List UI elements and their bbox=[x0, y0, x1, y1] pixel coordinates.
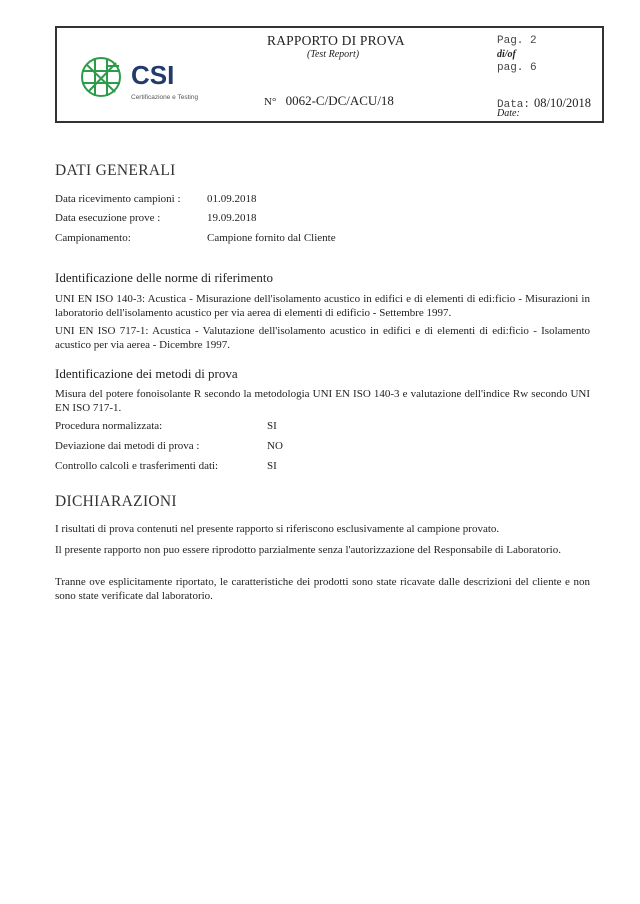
declaration-item: I risultati di prova contenuti nel prese… bbox=[55, 522, 590, 536]
methods-value: SI bbox=[267, 460, 277, 472]
general-value: Campione fornito dal Cliente bbox=[207, 232, 336, 244]
report-number-label: N° bbox=[264, 96, 276, 108]
declaration-item: Il presente rapporto non puo essere ripr… bbox=[55, 543, 590, 557]
norm-item: UNI EN ISO 717-1: Acustica - Valutazione… bbox=[55, 324, 590, 352]
norms-heading: Identificazione delle norme di riferimen… bbox=[55, 270, 273, 286]
report-subtitle: (Test Report) bbox=[307, 49, 359, 60]
report-title: RAPPORTO DI PROVA bbox=[267, 33, 405, 49]
methods-heading: Identificazione dei metodi di prova bbox=[55, 366, 238, 382]
methods-label: Deviazione dai metodi di prova : bbox=[55, 440, 199, 452]
norm-item: UNI EN ISO 140-3: Acustica - Misurazione… bbox=[55, 292, 590, 320]
methods-label: Procedura normalizzata: bbox=[55, 420, 162, 432]
general-label: Data ricevimento campioni : bbox=[55, 193, 181, 205]
date-value: 08/10/2018 bbox=[534, 96, 591, 110]
methods-value: SI bbox=[267, 420, 277, 432]
logo-name: CSI bbox=[131, 62, 174, 88]
methods-label: Controllo calcoli e trasferimenti dati: bbox=[55, 460, 218, 472]
csi-globe-icon bbox=[79, 54, 125, 100]
of-label: di/of bbox=[497, 49, 516, 60]
declaration-item: Tranne ove esplicitamente riportato, le … bbox=[55, 575, 590, 603]
csi-logo: CSI Certificazione e Testing bbox=[79, 54, 229, 104]
methods-value: NO bbox=[267, 440, 283, 452]
general-label: Data esecuzione prove : bbox=[55, 212, 160, 224]
general-row: Data ricevimento campioni : 01.09.2018 bbox=[55, 193, 181, 205]
general-value: 01.09.2018 bbox=[207, 193, 257, 205]
general-row: Campionamento: Campione fornito dal Clie… bbox=[55, 232, 131, 244]
methods-row: Procedura normalizzata: SI bbox=[55, 420, 162, 432]
general-label: Campionamento: bbox=[55, 232, 131, 244]
methods-row: Deviazione dai metodi di prova : NO bbox=[55, 440, 199, 452]
general-heading: DATI GENERALI bbox=[55, 162, 176, 180]
general-row: Data esecuzione prove : 19.09.2018 bbox=[55, 212, 160, 224]
methods-description: Misura del potere fonoisolante R secondo… bbox=[55, 387, 590, 415]
page-number: Pag. 2 bbox=[497, 35, 537, 47]
date-label-en: Date: bbox=[497, 108, 520, 119]
general-value: 19.09.2018 bbox=[207, 212, 257, 224]
total-pages: pag. 6 bbox=[497, 62, 537, 74]
report-number-value: 0062-C/DC/ACU/18 bbox=[286, 93, 394, 108]
report-number: N° 0062-C/DC/ACU/18 bbox=[264, 93, 394, 109]
report-header: CSI Certificazione e Testing RAPPORTO DI… bbox=[55, 26, 604, 123]
declarations-heading: DICHIARAZIONI bbox=[55, 493, 177, 511]
logo-tagline: Certificazione e Testing bbox=[131, 94, 198, 101]
methods-row: Controllo calcoli e trasferimenti dati: … bbox=[55, 460, 218, 472]
